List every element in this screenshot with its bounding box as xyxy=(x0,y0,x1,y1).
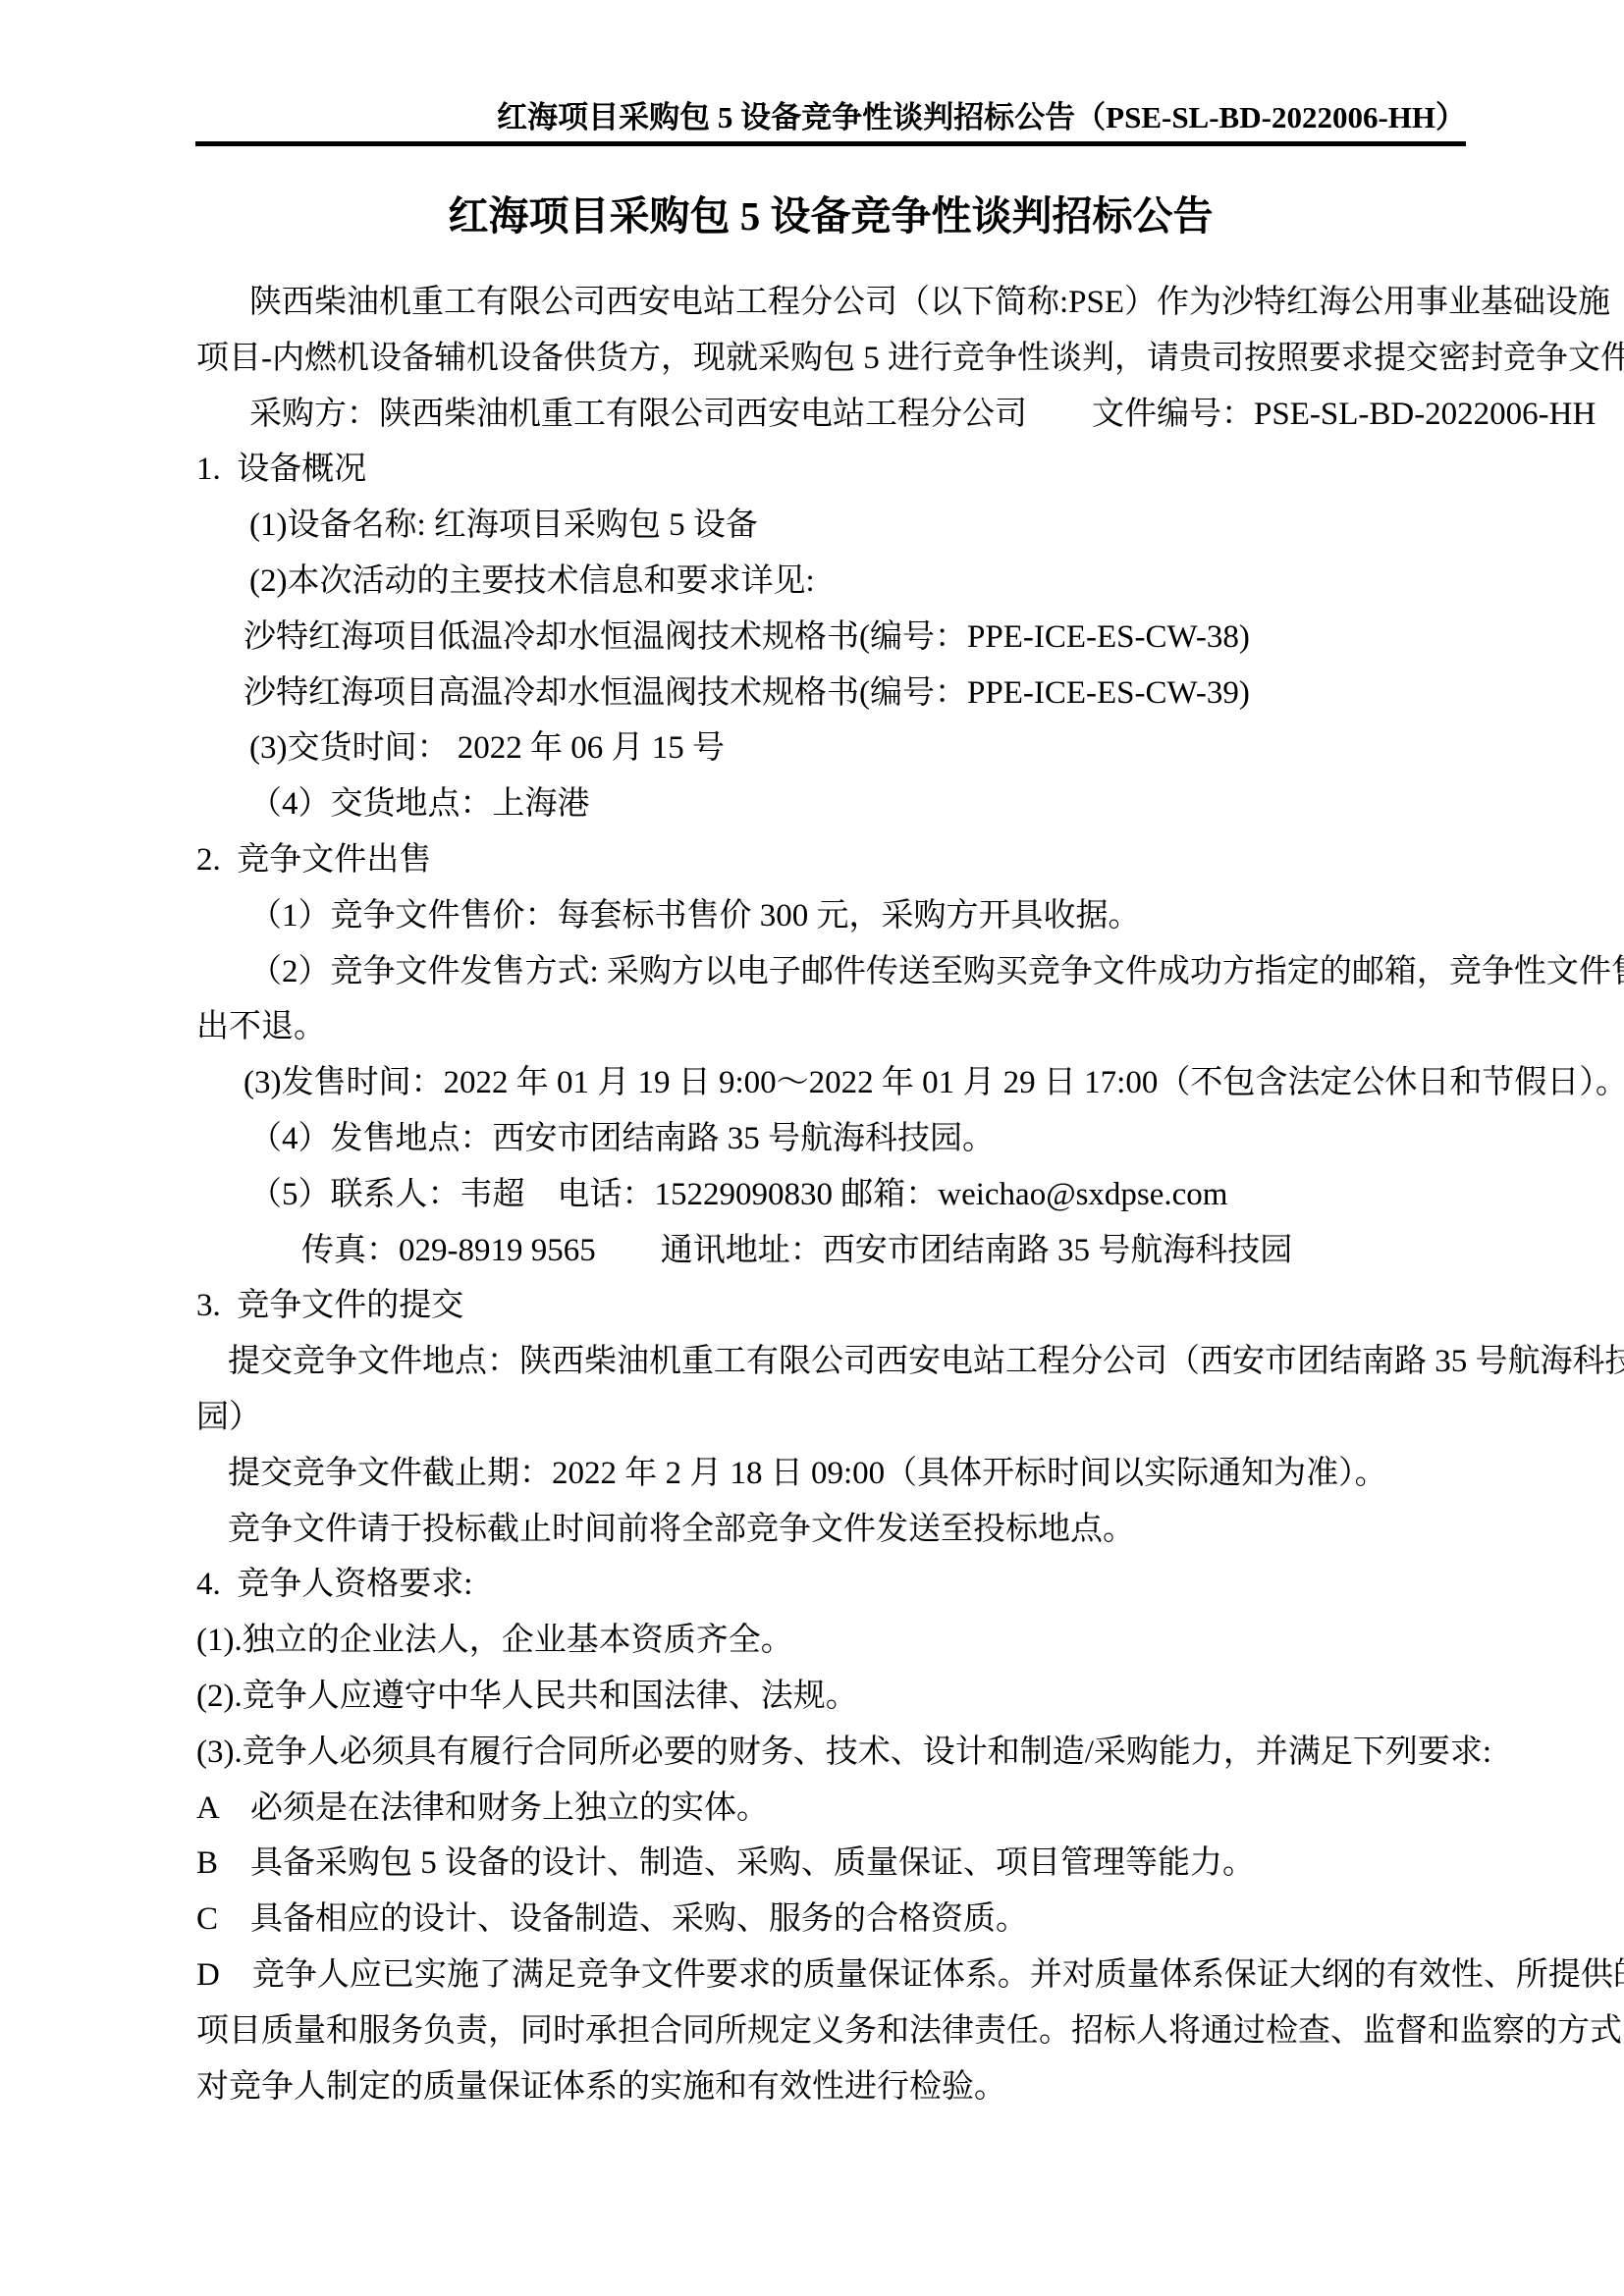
document-title: 红海项目采购包 5 设备竞争性谈判招标公告 xyxy=(195,187,1466,245)
requirement-d-line-1: D 竞争人应已实施了满足竞争文件要求的质量保证体系。并对质量体系保证大纲的有效性… xyxy=(196,1948,1466,2003)
section-1-heading: 1. 设备概况 xyxy=(196,442,1466,498)
intro-line-2: 项目-内燃机设备辅机设备供货方，现就采购包 5 进行竞争性谈判，请贵司按照要求提… xyxy=(196,331,1466,387)
requirement-d-line-3: 对竞争人制定的质量保证体系的实施和有效性进行检验。 xyxy=(196,2059,1466,2115)
submission-place-line-2: 园） xyxy=(196,1390,1466,1446)
contact-line: （5）联系人：韦超 电话：15229090830 邮箱：weichao@sxdp… xyxy=(196,1167,1466,1223)
page-header-text: 红海项目采购包 5 设备竞争性谈判招标公告（PSE-SL-BD-2022006-… xyxy=(497,100,1466,134)
page-header-rule xyxy=(195,141,1466,146)
section-4-heading: 4. 竞争人资格要求: xyxy=(196,1557,1466,1613)
requirement-a: A 必须是在法律和财务上独立的实体。 xyxy=(196,1781,1466,1837)
submission-place-line-1: 提交竞争文件地点：陕西柴油机重工有限公司西安电站工程分公司（西安市团结南路 35… xyxy=(196,1334,1466,1390)
requirement-b: B 具备采购包 5 设备的设计、制造、采购、质量保证、项目管理等能力。 xyxy=(196,1836,1466,1892)
delivery-date: (3)交货时间： 2022 年 06 月 15 号 xyxy=(196,721,1466,776)
requirement-c: C 具备相应的设计、设备制造、采购、服务的合格资质。 xyxy=(196,1892,1466,1948)
requirement-d-line-2: 项目质量和服务负责，同时承担合同所规定义务和法律责任。招标人将通过检查、监督和监… xyxy=(196,2003,1466,2059)
procurer-and-doc-number: 采购方：陕西柴油机重工有限公司西安电站工程分公司 文件编号：PSE-SL-BD-… xyxy=(196,387,1466,443)
delivery-place: （4）交货地点：上海港 xyxy=(196,776,1466,832)
qualification-1: (1).独立的企业法人，企业基本资质齐全。 xyxy=(196,1613,1466,1669)
qualification-3: (3).竞争人必须具有履行合同所必要的财务、技术、设计和制造/采购能力，并满足下… xyxy=(196,1725,1466,1781)
section-2-heading: 2. 竞争文件出售 xyxy=(196,832,1466,888)
fax-and-address-line: 传真：029-8919 9565 通讯地址：西安市团结南路 35 号航海科技园 xyxy=(196,1223,1466,1279)
document-page: 红海项目采购包 5 设备竞争性谈判招标公告（PSE-SL-BD-2022006-… xyxy=(0,0,1624,2296)
qualification-2: (2).竞争人应遵守中华人民共和国法律、法规。 xyxy=(196,1669,1466,1725)
spec-low-temp-valve: 沙特红海项目低温冷却水恒温阀技术规格书(编号：PPE-ICE-ES-CW-38) xyxy=(196,610,1466,666)
section-3-heading: 3. 竞争文件的提交 xyxy=(196,1278,1466,1334)
tech-info-intro: (2)本次活动的主要技术信息和要求详见: xyxy=(196,554,1466,610)
intro-line-1: 陕西柴油机重工有限公司西安电站工程分公司（以下简称:PSE）作为沙特红海公用事业… xyxy=(196,275,1466,331)
equipment-name: (1)设备名称: 红海项目采购包 5 设备 xyxy=(196,498,1466,554)
doc-sale-method-line-1: （2）竞争文件发售方式: 采购方以电子邮件传送至购买竞争文件成功方指定的邮箱，竞… xyxy=(196,944,1466,1000)
sale-time: (3)发售时间：2022 年 01 月 19 日 9:00～2022 年 01 … xyxy=(196,1055,1466,1111)
page-header: 红海项目采购包 5 设备竞争性谈判招标公告（PSE-SL-BD-2022006-… xyxy=(195,98,1466,137)
doc-sale-method-line-2: 出不退。 xyxy=(196,999,1466,1055)
sale-place: （4）发售地点：西安市团结南路 35 号航海科技园。 xyxy=(196,1111,1466,1167)
doc-price: （1）竞争文件售价：每套标书售价 300 元，采购方开具收据。 xyxy=(196,888,1466,944)
submission-deadline: 提交竞争文件截止期：2022 年 2 月 18 日 09:00（具体开标时间以实… xyxy=(196,1446,1466,1502)
submission-note: 竞争文件请于投标截止时间前将全部竞争文件发送至投标地点。 xyxy=(196,1502,1466,1558)
spec-high-temp-valve: 沙特红海项目高温冷却水恒温阀技术规格书(编号：PPE-ICE-ES-CW-39) xyxy=(196,666,1466,721)
document-body: 陕西柴油机重工有限公司西安电站工程分公司（以下简称:PSE）作为沙特红海公用事业… xyxy=(196,275,1466,2114)
